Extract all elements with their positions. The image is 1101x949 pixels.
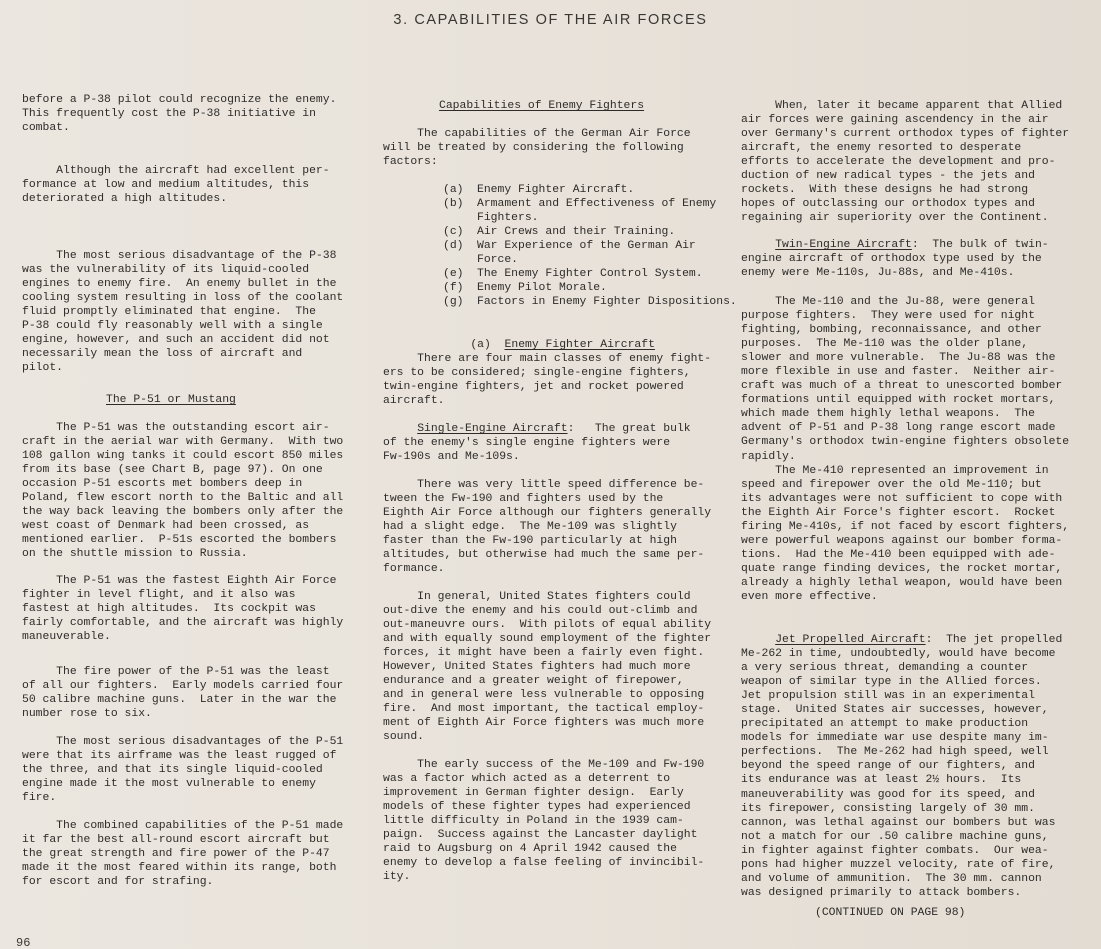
paragraph: Twin-Engine Aircraft: The bulk of twin-e… (741, 238, 1049, 280)
paragraph: The combined capabilities of the P-51 ma… (22, 819, 343, 889)
text-line: air forces were gaining ascendency in th… (741, 113, 1069, 127)
text-line: Poland, flew escort north to the Baltic … (22, 491, 343, 505)
text-line: purposes. The Me-110 was the older plane… (741, 337, 1069, 351)
text-line: fire. (22, 791, 343, 805)
paragraph: There was very little speed difference b… (383, 478, 711, 576)
text-line: The fire power of the P-51 was the least (22, 665, 343, 679)
text-line: its firepower, consisting largely of 30 … (741, 802, 1062, 816)
text-line: will be treated by considering the follo… (383, 141, 691, 155)
text-line: beyond the speed range of our fighters, … (741, 759, 1062, 773)
text-line: Although the aircraft had excellent per- (22, 164, 330, 178)
text-line: over Germany's current orthodox types of… (741, 127, 1069, 141)
text-line: and volume of ammunition. The 30 mm. can… (741, 872, 1062, 886)
text-line: deteriorated a high altitudes. (22, 192, 330, 206)
text-line: a very serious threat, demanding a count… (741, 661, 1062, 675)
text-line: and in general were less vulnerable to o… (383, 688, 711, 702)
paragraph: The most serious disadvantages of the P-… (22, 735, 343, 805)
text-line: regaining air superiority over the Conti… (741, 211, 1069, 225)
text-line: formations until equipped with rocket mo… (741, 393, 1069, 407)
text-line: The most serious disadvantage of the P-3… (22, 249, 343, 263)
text-line: pilot. (22, 361, 343, 375)
text-line: not a match for our .50 calibre machine … (741, 830, 1062, 844)
text-line: rapidly. (741, 450, 1069, 464)
text-line: aircraft, the enemy resorted to desperat… (741, 141, 1069, 155)
text-line: quate range finding devices, the rocket … (741, 562, 1069, 576)
column-right: When, later it became apparent that Alli… (741, 0, 1101, 98)
factor-label: (g) (443, 295, 464, 309)
text-line: necessarily mean the loss of aircraft an… (22, 347, 343, 361)
text-line: maneuverable. (22, 630, 343, 644)
text-line: and with equally sound employment of the… (383, 632, 711, 646)
text-line: However, United States fighters had much… (383, 660, 711, 674)
text-line: in fighter against fighter combats. Our … (741, 844, 1062, 858)
paragraph: Single-Engine Aircraft: The great bulkof… (383, 422, 691, 464)
text-line: 108 gallon wing tanks it could escort 85… (22, 449, 343, 463)
factor-label: (f) (443, 281, 464, 295)
text-line: paign. Success against the Lancaster day… (383, 828, 704, 842)
column-middle: Capabilities of Enemy Fighters The capab… (383, 0, 733, 140)
text-line: fire. And most important, the tactical e… (383, 702, 711, 716)
text-line: pons had higher muzzel velocity, rate of… (741, 858, 1062, 872)
inline-subheading: Twin-Engine Aircraft (775, 239, 912, 251)
text-line: The Me-410 represented an improvement in (741, 464, 1069, 478)
text-line: fluid promptly eliminated that engine. T… (22, 305, 343, 319)
text-line: stage. United States air successes, howe… (741, 703, 1062, 717)
text-line: ment of Eighth Air Force fighters was mu… (383, 716, 711, 730)
factor-label: (b) (443, 197, 464, 211)
text-line: There was very little speed difference b… (383, 478, 711, 492)
text-line: purpose fighters. They were used for nig… (741, 309, 1069, 323)
text-line: Twin-Engine Aircraft: The bulk of twin- (741, 238, 1049, 252)
paragraph: The P-51 was the outstanding escort air-… (22, 421, 343, 561)
text-line: engine made it the most vulnerable to en… (22, 777, 343, 791)
text-line: models of these fighter types had experi… (383, 800, 704, 814)
text-line: weapon of similar type in the Allied for… (741, 675, 1062, 689)
paragraph: Jet Propelled Aircraft: The jet propelle… (741, 633, 1062, 900)
text-line: The early success of the Me-109 and Fw-1… (383, 758, 704, 772)
text-line: formance at low and medium altitudes, th… (22, 178, 330, 192)
text-line: the Eighth Air Force's fighter escort. R… (741, 506, 1069, 520)
paragraph: In general, United States fighters could… (383, 590, 711, 745)
text-line: little difficulty in Poland in the 1939 … (383, 814, 704, 828)
section-a-title: Enemy Fighter Aircraft (505, 339, 655, 351)
text-line: maneuverability was good for its speed, … (741, 788, 1062, 802)
text-line: endurance and a greater weight of firepo… (383, 674, 711, 688)
text-line: perfections. The Me-262 had high speed, … (741, 745, 1062, 759)
text-line: faster than the Fw-190 particularly at h… (383, 534, 711, 548)
text-line: Jet Propelled Aircraft: The jet propelle… (741, 633, 1062, 647)
text-line: engine, however, and such an accident di… (22, 333, 343, 347)
factor-text: Armament and Effectiveness of Enemy Figh… (477, 197, 716, 225)
text-line: was the vulnerability of its liquid-cool… (22, 263, 343, 277)
factor-label: (e) (443, 267, 464, 281)
text-line: factors: (383, 155, 691, 169)
factor-label: (c) (443, 225, 464, 239)
text-line: mentioned earlier. P-51s escorted the bo… (22, 533, 343, 547)
text-line: The P-51 was the outstanding escort air- (22, 421, 343, 435)
text-line: improvement in German fighter design. Ea… (383, 786, 704, 800)
paragraph: The P-51 was the fastest Eighth Air Forc… (22, 574, 343, 644)
continued-note: (CONTINUED ON PAGE 98) (815, 906, 965, 920)
column-left: before a P-38 pilot could recognize the … (22, 0, 362, 140)
text-line: from its base (see Chart B, page 97). On… (22, 463, 343, 477)
section-heading-p51: The P-51 or Mustang (106, 393, 236, 407)
text-line: hopes of outclassing our orthodox types … (741, 197, 1069, 211)
text-line: The most serious disadvantages of the P-… (22, 735, 343, 749)
text-line: even more effective. (741, 590, 1069, 604)
text-line: fighting, bombing, reconnaissance, and o… (741, 323, 1069, 337)
text-line: Jet propulsion still was in an experimen… (741, 689, 1062, 703)
text-line: its endurance was at least 2½ hours. Its (741, 773, 1062, 787)
inline-subheading: Single-Engine Aircraft (417, 423, 567, 435)
text-line: was a factor which acted as a deterrent … (383, 772, 704, 786)
text-line: Me-262 in time, undoubtedly, would have … (741, 647, 1062, 661)
text-line: made it the most feared within its range… (22, 861, 343, 875)
text-line: combat. (22, 121, 336, 135)
text-line: P-38 could fly reasonably well with a si… (22, 319, 343, 333)
factor-label: (d) (443, 239, 464, 253)
factor-text: War Experience of the German Air Force. (477, 239, 696, 267)
text-line: In general, United States fighters could (383, 590, 711, 604)
text-line: of the enemy's single engine fighters we… (383, 436, 691, 450)
text-line: tween the Fw-190 and fighters used by th… (383, 492, 711, 506)
text-line: Eighth Air Force although our fighters g… (383, 506, 711, 520)
text-line: which made them highly lethal weapons. T… (741, 407, 1069, 421)
paragraph: The most serious disadvantage of the P-3… (22, 249, 343, 375)
text-line: of all our fighters. Early models carrie… (22, 679, 343, 693)
text-line: rockets. With these designs he had stron… (741, 183, 1069, 197)
section-heading-capabilities: Capabilities of Enemy Fighters (439, 99, 644, 113)
text-line: slower and more vulnerable. The Ju-88 wa… (741, 351, 1069, 365)
factor-text: Factors in Enemy Fighter Dispositions. (477, 295, 737, 309)
text-line: ity. (383, 870, 704, 884)
paragraph: The capabilities of the German Air Force… (383, 127, 691, 169)
text-line: raid to Augsburg on 4 April 1942 caused … (383, 842, 704, 856)
text-line: enemy were Me-110s, Ju-88s, and Me-410s. (741, 266, 1049, 280)
text-line: the great strength and fire power of the… (22, 847, 343, 861)
text-line: efforts to accelerate the development an… (741, 155, 1069, 169)
paragraph: Although the aircraft had excellent per-… (22, 164, 330, 206)
text-line: advent of P-51 and P-38 long range escor… (741, 421, 1069, 435)
text-line: Single-Engine Aircraft: The great bulk (383, 422, 691, 436)
text-line: its advantages were not sufficient to co… (741, 492, 1069, 506)
text-line: the three, and that its single liquid-co… (22, 763, 343, 777)
text-line: fastest at high altitudes. Its cockpit w… (22, 602, 343, 616)
text-line: duction of new radical types - the jets … (741, 169, 1069, 183)
text-line: cooling system resulting in loss of the … (22, 291, 343, 305)
text-line: out-dive the enemy and his could out-cli… (383, 604, 711, 618)
text-line: firing Me-410s, if not faced by escort f… (741, 520, 1069, 534)
text-line: had a slight edge. The Me-109 was slight… (383, 520, 711, 534)
text-line: precipitated an attempt to make producti… (741, 717, 1062, 731)
paragraph: The early success of the Me-109 and Fw-1… (383, 758, 704, 884)
text-line: ers to be considered; single-engine figh… (383, 366, 711, 380)
inline-subheading: Jet Propelled Aircraft (775, 634, 925, 646)
text-line: were that its airframe was the least rug… (22, 749, 343, 763)
text-line: There are four main classes of enemy fig… (383, 352, 711, 366)
text-line: for escort and for strafing. (22, 875, 343, 889)
factor-text: Enemy Fighter Aircraft. (477, 183, 634, 197)
text-line: the way back leaving the bombers only af… (22, 505, 343, 519)
text-line: more flexible in use and faster. Neither… (741, 365, 1069, 379)
text-line: it far the best all-round escort aircraf… (22, 833, 343, 847)
text-line: altitudes, but otherwise had much the sa… (383, 548, 711, 562)
text-line: The combined capabilities of the P-51 ma… (22, 819, 343, 833)
text-line: craft was much of a threat to unescorted… (741, 379, 1069, 393)
paragraph: There are four main classes of enemy fig… (383, 352, 711, 408)
page-number: 96 (16, 936, 30, 949)
paragraph: before a P-38 pilot could recognize the … (22, 93, 336, 135)
text-line: engines to enemy fire. An enemy bullet i… (22, 277, 343, 291)
factor-text: Enemy Pilot Morale. (477, 281, 607, 295)
text-line: west coast of Denmark had been crossed, … (22, 519, 343, 533)
text-line: Fw-190s and Me-109s. (383, 450, 691, 464)
paragraph: The fire power of the P-51 was the least… (22, 665, 343, 721)
text-line: 50 calibre machine guns. Later in the wa… (22, 693, 343, 707)
text-line: When, later it became apparent that Alli… (741, 99, 1069, 113)
text-line: models for immediate war use despite man… (741, 731, 1062, 745)
text-line: tions. Had the Me-410 been equipped with… (741, 548, 1069, 562)
text-line: The P-51 was the fastest Eighth Air Forc… (22, 574, 343, 588)
text-line: aircraft. (383, 394, 711, 408)
text-line: engine aircraft of orthodox type used by… (741, 252, 1049, 266)
text-line: occasion P-51 escorts met bombers deep i… (22, 477, 343, 491)
paragraph: When, later it became apparent that Alli… (741, 99, 1069, 225)
text-line: before a P-38 pilot could recognize the … (22, 93, 336, 107)
text-line: Germany's orthodox twin-engine fighters … (741, 435, 1069, 449)
factor-text: Air Crews and their Training. (477, 225, 675, 239)
text-line: The capabilities of the German Air Force (383, 127, 691, 141)
text-line: formance. (383, 562, 711, 576)
text-line: fighter in level flight, and it also was (22, 588, 343, 602)
text-line: enemy to develop a false feeling of invi… (383, 856, 704, 870)
text-line: forces, it might have been a fairly even… (383, 646, 711, 660)
text-line: already a highly lethal weapon, would ha… (741, 576, 1069, 590)
text-line: fairly comfortable, and the aircraft was… (22, 616, 343, 630)
text-line: out-maneuvre ours. With pilots of equal … (383, 618, 711, 632)
text-line: twin-engine fighters, jet and rocket pow… (383, 380, 711, 394)
text-line: sound. (383, 730, 711, 744)
paragraph: The Me-110 and the Ju-88, were generalpu… (741, 295, 1069, 464)
text-line: craft in the aerial war with Germany. Wi… (22, 435, 343, 449)
text-line: speed and firepower over the old Me-110;… (741, 478, 1069, 492)
text-line: The Me-110 and the Ju-88, were general (741, 295, 1069, 309)
text-line: cannon, was lethal against our bombers b… (741, 816, 1062, 830)
section-a-label: (a) (470, 339, 491, 351)
text-line: This frequently cost the P-38 initiative… (22, 107, 336, 121)
paragraph: The Me-410 represented an improvement in… (741, 464, 1069, 604)
factor-text: The Enemy Fighter Control System. (477, 267, 703, 281)
text-line: was designed primarily to attack bombers… (741, 886, 1062, 900)
factor-label: (a) (443, 183, 464, 197)
text-line: on the shuttle mission to Russia. (22, 547, 343, 561)
text-line: number rose to six. (22, 707, 343, 721)
text-line: were powerful weapons against our bomber… (741, 534, 1069, 548)
